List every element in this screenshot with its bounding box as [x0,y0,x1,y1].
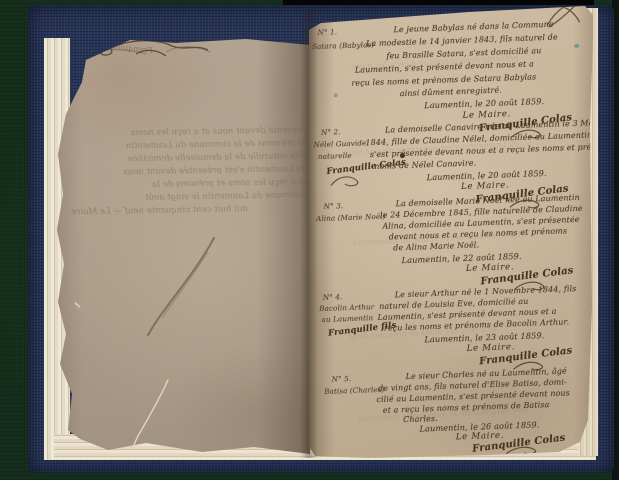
entry-number: N° 5. [332,374,352,385]
entry-date-line: Laumentin, le 20 août 1859. [427,168,547,182]
right-page-content: présenté devant nous et a reçu les noms … [309,0,609,458]
left-page: Franquille présenté devant nous et a reç… [46,34,310,454]
entry-number: N° 4. [323,292,343,303]
entry-margin-name: Bacolin Arthur [319,302,374,314]
entry-maire-line: Le Maire. [462,109,511,121]
bleedthrough-line: mil huit cent cinquante neuf — Le Maire [76,202,248,218]
entry-number: N° 2. [321,127,341,138]
teal-ink-mark [334,93,338,97]
entry-number: N° 1. [317,27,337,38]
entry-body-line: de Alina Marie Noël. [393,240,479,253]
large-pen-flourish-icon [142,234,222,339]
entry-number: N° 3. [323,201,343,212]
entry-date-line: Laumentin, le 20 août 1859. [424,96,544,110]
paper-speck [74,302,81,308]
entry-margin-name: Alina (Marie Noël) [316,212,386,224]
entry-margin-name: Nélel Guavide [313,138,366,150]
right-page: présenté devant nous et a reçu les noms … [309,6,593,458]
register-scan: Franquille présenté devant nous et a reç… [0,0,619,480]
entry-margin-note: naturelle [318,151,352,162]
signature-paraph-icon [329,172,366,189]
bleedthrough-text-block: présenté devant nous et a reçu les noms … [74,123,308,218]
paper-crease-line [124,378,174,454]
teal-ink-mark [574,44,579,48]
book-gutter-shadow [300,10,318,458]
